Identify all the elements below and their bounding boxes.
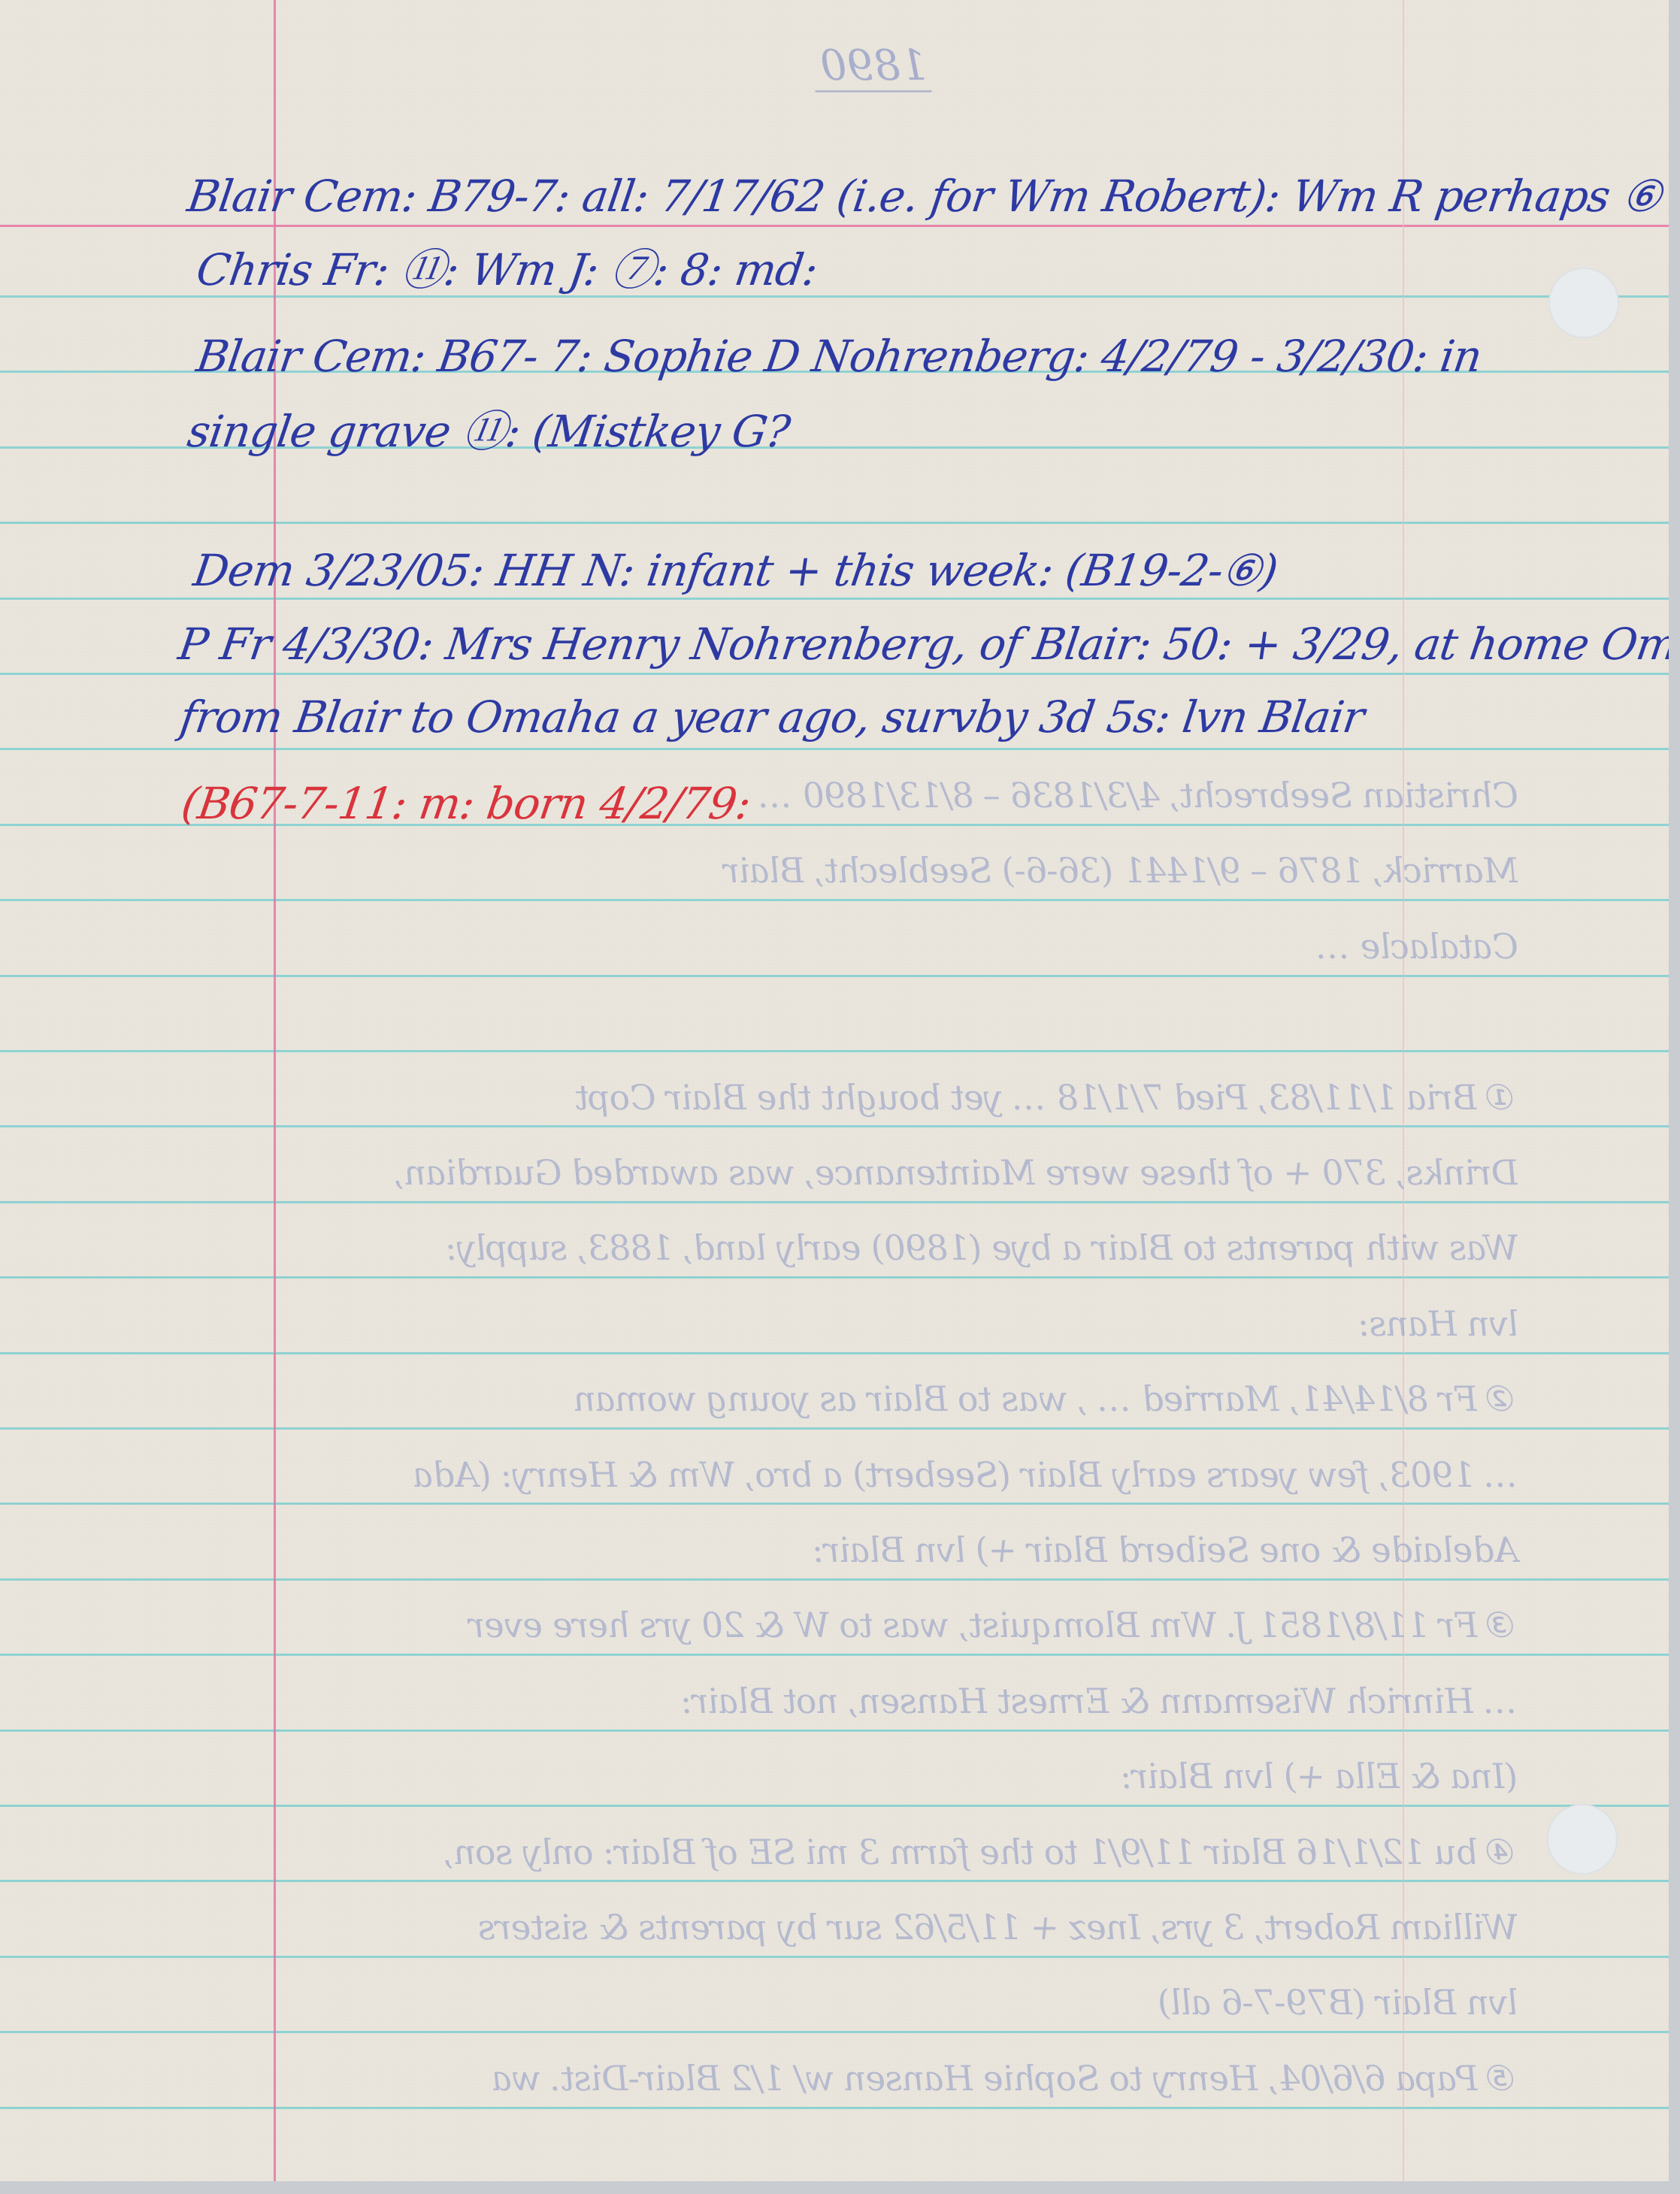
ruled-line — [0, 1050, 1669, 1052]
ruled-line — [0, 1503, 1669, 1505]
ruled-line — [0, 1201, 1669, 1203]
ruled-line — [0, 598, 1669, 600]
top-margin-line — [0, 225, 1669, 227]
punch-hole-top — [1548, 268, 1619, 338]
punch-hole-bottom — [1547, 1804, 1618, 1875]
ruled-line — [0, 1956, 1669, 1958]
note-line-p-fr: P Fr 4/3/30: Mrs Henry Nohrenberg, of Bl… — [176, 622, 1669, 666]
note-line-single-grave: single grave ⑪: (Mistkey G? — [185, 410, 792, 453]
bleed-through-line: ④ bu 12/1/16 Blair 11/9/1 to the farm 3 … — [443, 1835, 1521, 1869]
ruled-line — [0, 522, 1669, 524]
ruled-line — [0, 1880, 1669, 1882]
bleed-through-line: Marrick, 1876 – 9/1441 (36-6-) Seeblecht… — [722, 853, 1520, 888]
note-line-red-annotation: (B67-7-11: m: born 4/2/79: — [179, 782, 753, 825]
bleed-through-line: ② Fr 8/14/41, Married … , was to Blair a… — [573, 1381, 1521, 1416]
bleed-through-line: Drinks, 370 + of these were Maintenance,… — [392, 1155, 1520, 1190]
ruled-line — [0, 1805, 1669, 1807]
note-line-blair-cem-b67: Blair Cem: B67- 7: Sophie D Nohrenberg: … — [194, 334, 1484, 378]
bleed-through-line: … 1903, few years early Blair (Seebert) … — [411, 1457, 1520, 1492]
bleed-through-line: Catalacle … — [1315, 929, 1521, 964]
bleed-through-line: Adelaide & one Seiberd Blair +) lvn Blai… — [811, 1533, 1520, 1567]
bleed-through-line: … Hinrich Wisemann & Ernest Hansen, not … — [680, 1684, 1521, 1718]
bleed-through-line: ③ Fr 11/8/1851 J. Wm Blomquist, was to W… — [467, 1608, 1520, 1642]
ruled-line — [0, 1276, 1669, 1279]
ruled-line — [0, 748, 1669, 750]
bleed-through-line: lvn Hans: — [1357, 1306, 1520, 1341]
bleed-through-year: 1890 — [816, 41, 932, 92]
bleed-through-line: Christian Seebrecht, 4/3/1836 – 8/13/189… — [758, 778, 1521, 813]
ruled-line — [0, 1654, 1669, 1656]
ruled-line — [0, 1427, 1669, 1430]
note-line-dem: Dem 3/23/05: HH N: infant + this week: (… — [191, 549, 1280, 592]
ruled-line — [0, 2107, 1669, 2109]
bleed-through-line: lvn Blair (B79-7-6 all) — [1157, 1985, 1520, 2020]
note-line-blair-cem-b79: Blair Cem: B79-7: all: 7/17/62 (i.e. for… — [185, 174, 1664, 218]
note-line-chris: Chris Fr: ⑪: Wm J: ⑦: 8: md: — [194, 248, 820, 292]
ruled-line — [0, 899, 1669, 901]
left-margin-line — [274, 0, 276, 2181]
ruled-line — [0, 1729, 1669, 1732]
ruled-line — [0, 2031, 1669, 2033]
ruled-line — [0, 1125, 1669, 1127]
notebook-page: 1890 Blair Cem: B79-7: all: 7/17/62 (i.e… — [0, 0, 1669, 2181]
ruled-line — [0, 673, 1669, 675]
bleed-through-line: ① Bria 1/11/83, Pied 7/1/18 … yet bought… — [574, 1080, 1520, 1115]
note-line-from-blair: from Blair to Omaha a year ago, survby 3… — [177, 695, 1367, 739]
bleed-through-line: William Robert, 3 yrs, Inez + 11/5/62 su… — [477, 1910, 1520, 1944]
ruled-line — [0, 975, 1669, 977]
ruled-line — [0, 1352, 1669, 1354]
bleed-through-line: (Ina & Ella +) lvn Blair: — [1120, 1759, 1520, 1793]
ruled-line — [0, 295, 1669, 298]
bleed-through-line: ⑤ Papa 6/6/04, Henry to Sophie Hansen w/… — [490, 2061, 1520, 2096]
bleed-through-line: Was with parents to Blair a bye (1890) e… — [444, 1230, 1520, 1265]
ruled-line — [0, 1578, 1669, 1581]
